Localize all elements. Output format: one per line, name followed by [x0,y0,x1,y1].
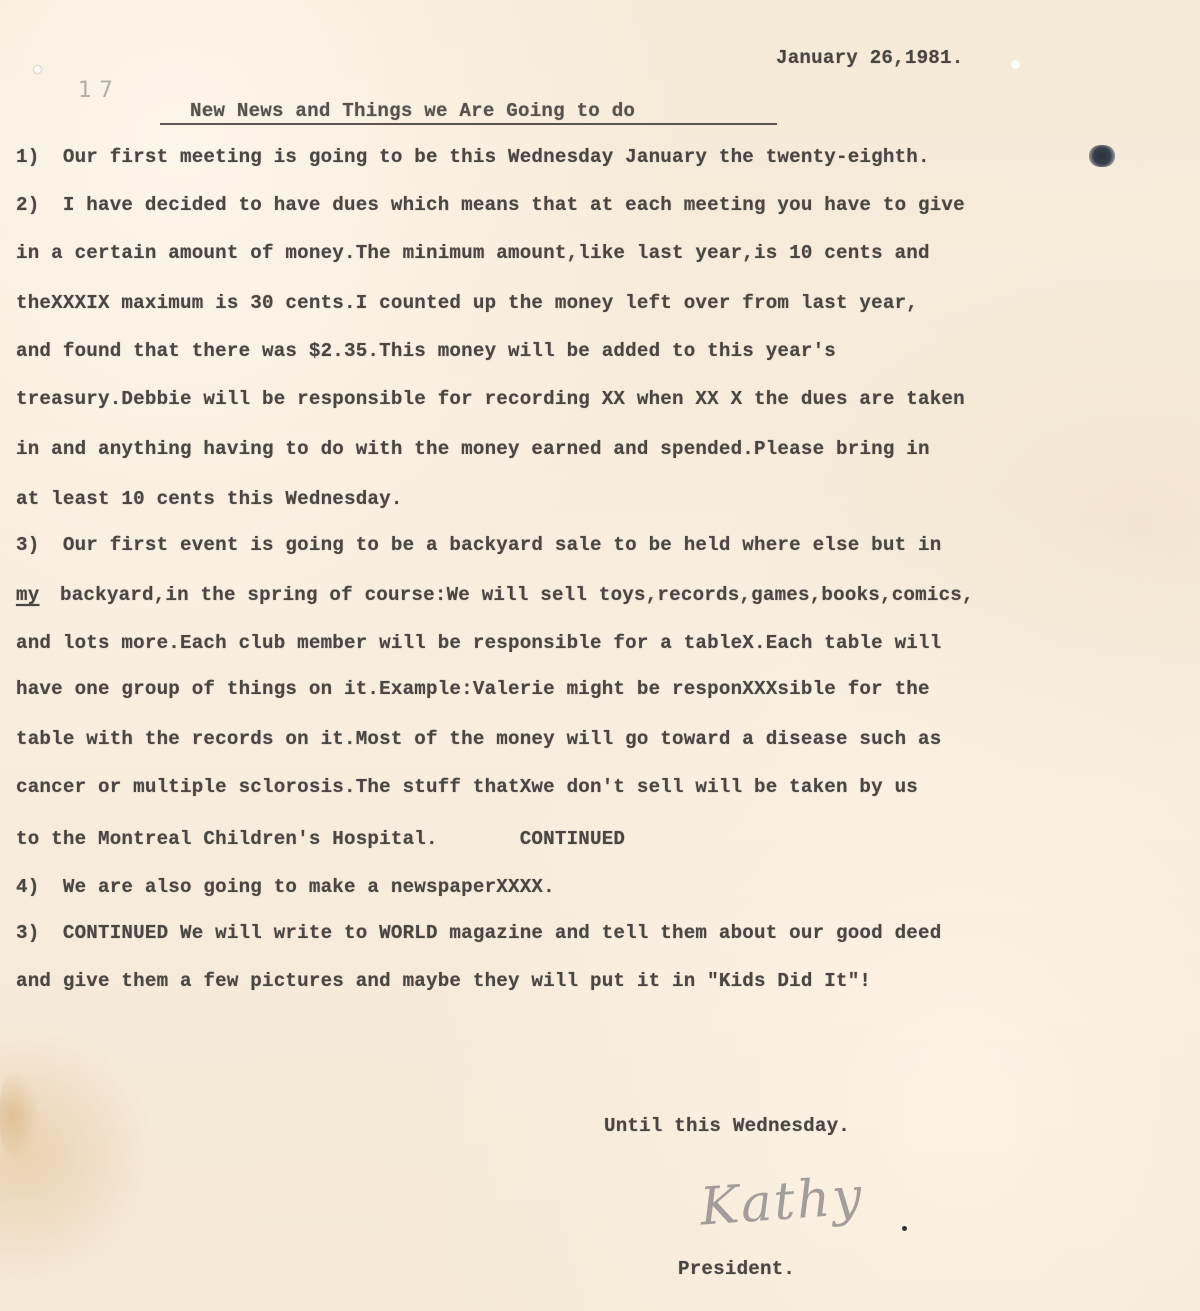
body-line-17: 3) CONTINUED We will write to WORLD maga… [16,924,941,943]
body-line-9: 3) Our first event is going to be a back… [16,536,941,555]
body-line-1: 1) Our first meeting is going to be this… [16,148,930,167]
body-line-11: and lots more.Each club member will be r… [16,634,941,653]
body-line-18: and give them a few pictures and maybe t… [16,972,871,991]
signer-title: President. [678,1260,795,1279]
letter-title: New News and Things we Are Going to do [190,102,635,121]
paper-hole [34,66,41,73]
handwritten-signature: Kathy [698,1166,865,1237]
body-line-6: treasury.Debbie will be responsible for … [16,390,965,409]
body-line-4: theXXXIX maximum is 30 cents.I counted u… [16,294,918,313]
body-line-8: at least 10 cents this Wednesday. [16,490,403,509]
typed-letter-page: 1 7 January 26,1981. New News and Things… [0,0,1200,1311]
body-line-5: and found that there was $2.35.This mone… [16,342,836,361]
paper-spot [1011,60,1020,69]
closing-line: Until this Wednesday. [604,1117,850,1136]
underlined-word-my: my [16,586,39,605]
body-line-12: have one group of things on it.Example:V… [16,680,930,699]
body-line-14: cancer or multiple sclorosis.The stuff t… [16,778,918,797]
pencil-margin-mark: 1 7 [78,78,118,128]
title-underline [160,123,777,125]
paper-stain [0,1070,40,1160]
body-line-16: 4) We are also going to make a newspaper… [16,878,555,897]
letter-date: January 26,1981. [776,49,963,68]
body-line-13: table with the records on it.Most of the… [16,730,941,749]
ink-blot [1089,145,1115,167]
body-line-2: 2) I have decided to have dues which mea… [16,196,965,215]
body-line-15: to the Montreal Children's Hospital. CON… [16,830,625,849]
body-line-7: in and anything having to do with the mo… [16,440,930,459]
signature-period [902,1226,907,1231]
body-line-3: in a certain amount of money.The minimum… [16,244,930,263]
letter-title-block: New News and Things we Are Going to do [160,100,777,124]
body-line-10: backyard,in the spring of course:We will… [60,586,974,605]
